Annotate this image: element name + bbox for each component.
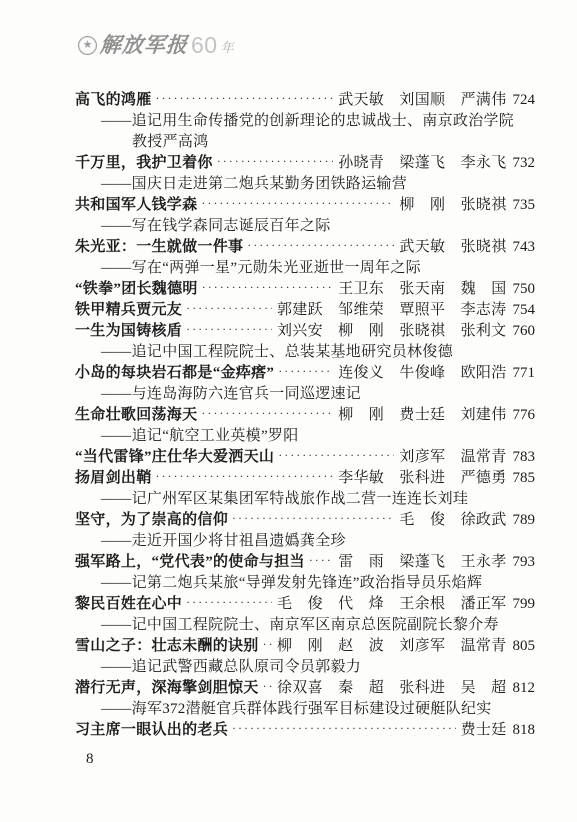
toc-entry-main: 雪山之子：壮志未酬的诀别 ···························…: [75, 636, 535, 657]
toc-entry-main: 强军路上，“党代表”的使命与担当 ·······················…: [75, 552, 535, 573]
toc-entry: 雪山之子：壮志未酬的诀别 ···························…: [75, 636, 535, 678]
entry-authors: 李华敏 张科进 严德勇: [338, 468, 506, 489]
toc-entry-main: 共和国军人钱学森 ·······························…: [75, 195, 535, 216]
entry-page-number: 743: [513, 237, 536, 258]
dot-leader: ········································…: [309, 550, 333, 571]
toc-entry-main: 扬眉剑出鞘 ··································…: [75, 468, 535, 489]
entry-note: ——海军372潜艇官兵群体践行强军目标建设过硬艇队纪实: [75, 699, 535, 720]
entry-title: 一生为国铸核盾: [75, 321, 182, 342]
entry-note: 教授严高鸿: [75, 132, 535, 153]
toc-entry-main: 铁甲精兵贾元友 ································…: [75, 300, 535, 321]
entry-authors: 雷 雨 梁蓬飞 王永孝: [338, 552, 506, 573]
entry-note: ——追记武警西藏总队原司令员郭毅力: [75, 657, 535, 678]
entry-authors: 毛 俊 代 烽 王余根 潘正军: [277, 594, 507, 615]
toc-entry-main: 高飞的鸿雁 ··································…: [75, 90, 535, 111]
dot-leader: ········································…: [278, 445, 394, 466]
toc-entry: 强军路上，“党代表”的使命与担当 ·······················…: [75, 552, 535, 594]
entry-title: 朱光亚：一生就做一件事: [75, 237, 243, 258]
entry-note: ——追记中国工程院院士、总装某基地研究员林俊德: [75, 342, 535, 363]
toc-entry-main: 坚守，为了崇高的信仰 ·····························…: [75, 510, 535, 531]
entry-authors: 连俊义 牛俊峰 欧阳浩: [338, 363, 506, 384]
dot-leader: ········································…: [186, 319, 272, 340]
entry-note: ——写在钱学森同志诞辰百年之际: [75, 216, 535, 237]
entry-authors: 柳 刚 费士廷 刘建伟: [338, 405, 506, 426]
toc-entry-main: 黎民百姓在心中 ································…: [75, 594, 535, 615]
toc-entry-main: 朱光亚：一生就做一件事 ····························…: [75, 237, 535, 258]
toc-entry-main: “当代雷锋”庄仕华大爱洒天山 ·························…: [75, 447, 535, 468]
dot-leader: ········································…: [247, 235, 394, 256]
entry-authors: 王卫东 张天南 魏 国: [338, 279, 506, 300]
entry-page-number: 799: [513, 594, 536, 615]
toc-entry-main: 一生为国铸核盾 ································…: [75, 321, 535, 342]
entry-authors: 柳 刚 赵 波 刘彦军 温常青: [277, 636, 507, 657]
entry-title: 扬眉剑出鞘: [75, 468, 152, 489]
entry-title: “当代雷锋”庄仕华大爱洒天山: [75, 447, 274, 468]
entry-authors: 孙晓青 梁蓬飞 李永飞: [338, 153, 506, 174]
entry-title: 雪山之子：壮志未酬的诀别: [75, 636, 259, 657]
entry-page-number: 776: [513, 405, 536, 426]
entry-page-number: 812: [513, 678, 536, 699]
entry-title: 生命壮歌回荡海天: [75, 405, 197, 426]
entry-page-number: 732: [513, 153, 536, 174]
toc-entry: 千万里，我护卫着你 ······························…: [75, 153, 535, 195]
entry-authors: 刘兴安 柳 刚 张晓祺 张利文: [277, 321, 507, 342]
toc-entry: 高飞的鸿雁 ··································…: [75, 90, 535, 153]
entry-title: 铁甲精兵贾元友: [75, 300, 182, 321]
entry-title: 千万里，我护卫着你: [75, 153, 213, 174]
entry-title: 习主席一眼认出的老兵: [75, 720, 228, 741]
entry-title: 潜行无声，深海擎剑胆惊天: [75, 678, 259, 699]
entry-note: ——与连岛海防六连官兵一同巡逻速记: [75, 384, 535, 405]
toc-entry: 朱光亚：一生就做一件事 ····························…: [75, 237, 535, 279]
toc-entry: 潜行无声，深海擎剑胆惊天 ···························…: [75, 678, 535, 720]
toc-entry: 扬眉剑出鞘 ··································…: [75, 468, 535, 510]
toc-entry: “铁拳”团长魏德明 ······························…: [75, 279, 535, 300]
entry-note: ——追记“航空工业英模”罗阳: [75, 426, 535, 447]
entry-page-number: 793: [513, 552, 536, 573]
entry-title: 强军路上，“党代表”的使命与担当: [75, 552, 305, 573]
page-number: 8: [86, 751, 94, 768]
dot-leader: ········································…: [232, 508, 394, 529]
dot-leader: ········································…: [263, 634, 272, 655]
entry-note: ——记第二炮兵某旅“导弹发射先锋连”政治指导员乐焰辉: [75, 573, 535, 594]
toc-entry-main: “铁拳”团长魏德明 ······························…: [75, 279, 535, 300]
toc-entry: 铁甲精兵贾元友 ································…: [75, 300, 535, 321]
entry-page-number: 805: [513, 636, 536, 657]
entry-note: ——国庆日走进第二炮兵某勤务团铁路运输营: [75, 174, 535, 195]
entry-page-number: 818: [513, 720, 536, 741]
entry-authors: 武天敏 刘国顺 严满伟: [338, 90, 506, 111]
entry-note: ——写在“两弹一星”元勋朱光亚逝世一周年之际: [75, 258, 535, 279]
entry-page-number: 724: [513, 90, 536, 111]
entry-page-number: 750: [513, 279, 536, 300]
dot-leader: ········································…: [156, 466, 334, 487]
entry-title: 小岛的每块岩石都是“金疩瘩”: [75, 363, 274, 384]
toc-entry-main: 生命壮歌回荡海天 ·······························…: [75, 405, 535, 426]
entry-title: “铁拳”团长魏德明: [75, 279, 198, 300]
entry-note: ——走近开国少将甘祖昌遗嬀龚全珍: [75, 531, 535, 552]
masthead-year: 年: [221, 41, 234, 54]
dot-leader: ········································…: [201, 193, 394, 214]
dot-leader: ········································…: [201, 403, 333, 424]
dot-leader: ········································…: [202, 277, 333, 298]
masthead-number: 60: [191, 34, 218, 57]
toc-entry: 一生为国铸核盾 ································…: [75, 321, 535, 363]
entry-page-number: 783: [513, 447, 536, 468]
entry-authors: 柳 刚 张晓祺: [399, 195, 506, 216]
entry-note: ——记中国工程院院士、南京军区南京总医院副院长黎介寿: [75, 615, 535, 636]
toc-entry-main: 潜行无声，深海擎剑胆惊天 ···························…: [75, 678, 535, 699]
star-emblem-icon: ★: [78, 36, 97, 55]
dot-leader: ········································…: [232, 718, 456, 739]
entry-page-number: 771: [513, 363, 536, 384]
toc-entry: 坚守，为了崇高的信仰 ·····························…: [75, 510, 535, 552]
toc-entry: 习主席一眼认出的老兵 ·····························…: [75, 720, 535, 741]
entry-authors: 费士廷: [461, 720, 507, 741]
entry-note: ——记广州军区某集团军特战旅作战二营一连连长刘珪: [75, 489, 535, 510]
toc-entry-main: 小岛的每块岩石都是“金疩瘩” ·························…: [75, 363, 535, 384]
entry-page-number: 785: [513, 468, 536, 489]
entry-title: 共和国军人钱学森: [75, 195, 197, 216]
entry-authors: 徐双喜 秦 超 张科进 吴 超: [277, 678, 507, 699]
entry-title: 黎民百姓在心中: [75, 594, 182, 615]
dot-leader: ········································…: [156, 88, 334, 109]
entry-title: 高飞的鸿雁: [75, 90, 152, 111]
entry-page-number: 760: [513, 321, 536, 342]
entry-page-number: 735: [513, 195, 536, 216]
toc-list: 高飞的鸿雁 ··································…: [75, 90, 535, 741]
dot-leader: ········································…: [186, 592, 272, 613]
toc-entry: 共和国军人钱学森 ·······························…: [75, 195, 535, 237]
dot-leader: ········································…: [278, 361, 333, 382]
dot-leader: ········································…: [263, 676, 272, 697]
dot-leader: ········································…: [186, 298, 272, 319]
entry-authors: 郭建跃 邹维荣 覃照平 李志涛: [277, 300, 507, 321]
toc-entry: “当代雷锋”庄仕华大爱洒天山 ·························…: [75, 447, 535, 468]
entry-title: 坚守，为了崇高的信仰: [75, 510, 228, 531]
masthead-title: 解放军报: [99, 35, 188, 56]
entry-page-number: 789: [513, 510, 536, 531]
masthead-logo: ★ 解放军报 60 年: [78, 34, 234, 57]
entry-page-number: 754: [513, 300, 536, 321]
toc-page: ★ 解放军报 60 年 高飞的鸿雁 ······················…: [0, 0, 577, 822]
dot-leader: ········································…: [217, 151, 333, 172]
entry-authors: 武天敏 张晓祺: [399, 237, 506, 258]
toc-entry: 小岛的每块岩石都是“金疩瘩” ·························…: [75, 363, 535, 405]
toc-entry-main: 习主席一眼认出的老兵 ·····························…: [75, 720, 535, 741]
entry-note: ——追记用生命传播党的创新理论的忠诚战士、南京政治学院: [75, 111, 535, 132]
toc-entry-main: 千万里，我护卫着你 ······························…: [75, 153, 535, 174]
toc-entry: 生命壮歌回荡海天 ·······························…: [75, 405, 535, 447]
entry-authors: 刘彦军 温常青: [399, 447, 506, 468]
entry-authors: 毛 俊 徐政武: [399, 510, 506, 531]
toc-entry: 黎民百姓在心中 ································…: [75, 594, 535, 636]
